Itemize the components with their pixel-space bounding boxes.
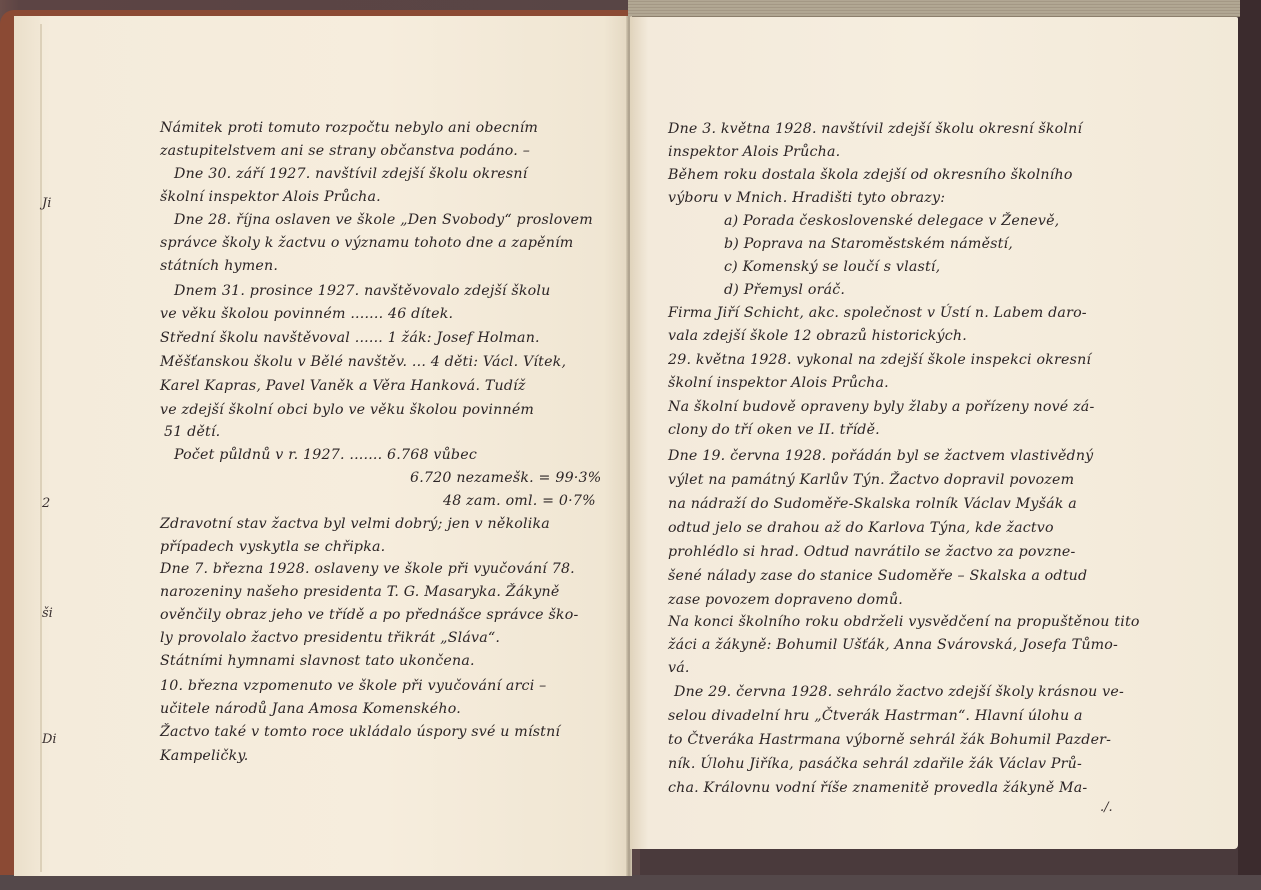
text-line: státních hymen. xyxy=(160,258,278,274)
text-line: 51 dětí. xyxy=(164,424,220,440)
text-line: ve zdejší školní obci bylo ve věku školo… xyxy=(160,402,534,418)
text-line: Měšťanskou školu v Bělé navštěv. ... 4 d… xyxy=(160,354,566,370)
margin-fragment: 2 xyxy=(42,496,50,511)
text-line: Kampeličky. xyxy=(160,748,248,764)
text-line: prohlédlo si hrad. Odtud navrátilo se ža… xyxy=(668,544,1076,560)
text-line: 29. května 1928. vykonal na zdejší škole… xyxy=(668,352,1091,368)
book-cover-right xyxy=(1238,0,1261,890)
text-line: a) Porada československé delegace v Žene… xyxy=(724,213,1059,229)
text-line: vá. xyxy=(668,660,690,676)
text-line: ly provolalo žactvo presidentu třikrát „… xyxy=(160,630,500,646)
text-line: šené nálady zase do stanice Sudoměře – S… xyxy=(668,568,1087,584)
text-line: Dne 30. září 1927. navštívil zdejší škol… xyxy=(174,166,527,182)
text-line: zastupitelstvem ani se strany občanstva … xyxy=(160,143,530,159)
text-line: Dne 7. března 1928. oslaveny ve škole př… xyxy=(160,561,575,577)
text-line: Karel Kapras, Pavel Vaněk a Věra Hanková… xyxy=(160,378,526,394)
text-line: 48 zam. oml. = 0·7% xyxy=(443,493,596,509)
text-line: c) Komenský se loučí s vlastí, xyxy=(724,259,940,275)
margin-fragment: ši xyxy=(42,606,53,621)
text-line: odtud jelo se drahou až do Karlova Týna,… xyxy=(668,520,1054,536)
text-line: Dnem 31. prosince 1927. navštěvovalo zde… xyxy=(174,283,550,299)
margin-fragment: Di xyxy=(42,732,57,747)
text-line: zase povozem dopraveno domů. xyxy=(668,592,903,608)
text-line: Během roku dostala škola zdejší od okres… xyxy=(668,167,1073,183)
text-line: Dne 29. června 1928. sehrálo žactvo zdej… xyxy=(674,684,1124,700)
text-line: výboru v Mnich. Hradišti tyto obrazy: xyxy=(668,190,945,206)
text-line: vala zdejší škole 12 obrazů historických… xyxy=(668,328,967,344)
text-line: ve věku školou povinném ....... 46 dítek… xyxy=(160,306,453,322)
text-line: Zdravotní stav žactva byl velmi dobrý; j… xyxy=(160,516,550,532)
text-line: Počet půldnů v r. 1927. ....... 6.768 vů… xyxy=(174,447,477,463)
text-line: Námitek proti tomuto rozpočtu nebylo ani… xyxy=(160,120,538,136)
text-line: Dne 19. června 1928. pořádán byl se žact… xyxy=(668,448,1093,464)
text-line: clony do tří oken ve II. třídě. xyxy=(668,422,880,438)
text-line: selou divadelní hru „Čtverák Hastrman“. … xyxy=(668,708,1083,724)
text-line: 6.720 nezamešk. = 99·3% xyxy=(410,470,601,486)
text-line: Dne 28. října oslaven ve škole „Den Svob… xyxy=(174,212,593,228)
text-line: Na školní budově opraveny byly žlaby a p… xyxy=(668,399,1094,415)
text-line: Firma Jiří Schicht, akc. společnost v Ús… xyxy=(668,305,1087,321)
text-line: inspektor Alois Průcha. xyxy=(668,144,840,160)
continuation-mark: ./. xyxy=(1100,800,1113,815)
underlying-page-strip xyxy=(14,16,40,876)
text-line: Státními hymnami slavnost tato ukončena. xyxy=(160,653,475,669)
text-line: Dne 3. května 1928. navštívil zdejší ško… xyxy=(668,121,1082,137)
text-line: d) Přemysl oráč. xyxy=(724,282,845,298)
text-line: cha. Královnu vodní říše znamenitě prove… xyxy=(668,780,1087,796)
margin-text-fragments: Ji 2 ši Di xyxy=(42,16,56,876)
text-line: b) Poprava na Staroměstském náměstí, xyxy=(724,236,1013,252)
text-line: školní inspektor Alois Průcha. xyxy=(160,189,381,205)
text-line: na nádraží do Sudoměře-Skalska rolník Vá… xyxy=(668,496,1077,512)
page-stack-edges xyxy=(628,0,1240,17)
margin-fragment: Ji xyxy=(42,196,51,211)
text-line: ník. Úlohu Jiříka, pasáčka sehrál zdařil… xyxy=(668,756,1082,772)
text-line: to Čtveráka Hastrmana výborně sehrál žák… xyxy=(668,732,1111,748)
book-cover-bottom xyxy=(0,875,1261,890)
text-line: Střední školu navštěvoval ...... 1 žák: … xyxy=(160,330,540,346)
text-line: školní inspektor Alois Průcha. xyxy=(668,375,889,391)
text-line: výlet na památný Karlův Týn. Žactvo dopr… xyxy=(668,472,1074,488)
text-line: případech vyskytla se chřipka. xyxy=(160,539,385,555)
text-line: Žactvo také v tomto roce ukládalo úspory… xyxy=(160,724,560,740)
text-line: ověnčily obraz jeho ve třídě a po předná… xyxy=(160,607,578,623)
text-line: správce školy k žactvu o významu tohoto … xyxy=(160,235,573,251)
text-line: učitele národů Jana Amosa Komenského. xyxy=(160,701,461,717)
text-line: narozeniny našeho presidenta T. G. Masar… xyxy=(160,584,559,600)
text-line: žáci a žákyně: Bohumil Ušťák, Anna Sváro… xyxy=(668,637,1118,653)
text-line: Na konci školního roku obdrželi vysvědče… xyxy=(668,614,1140,630)
text-line: 10. března vzpomenuto ve škole při vyučo… xyxy=(160,678,546,694)
